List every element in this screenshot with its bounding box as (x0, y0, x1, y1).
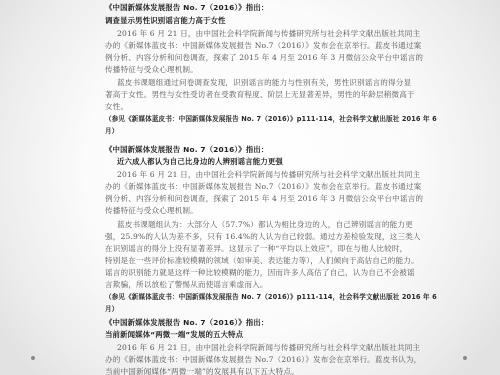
paragraph-line: 著高于女性。男性与女性受访者在受教育程度、阶层上无显著差异，男性的年龄层稍微高于 (105, 90, 415, 100)
paragraph-line: 特别是在一些评价标准较模糊的领域（如审美、表达能力等），人们倾向于高估自己的能力… (105, 256, 419, 266)
paragraph-line: 例分析、内容分析和问卷调查，探索了 2015 年 4 月至 2016 年 3 月… (105, 53, 423, 63)
paragraph-line: 传播特征与受众心理机制。 (105, 206, 198, 216)
paragraph-line: 当前中国新闻媒体“两微一端”的发展具有以下五大特点。 (105, 367, 299, 375)
reference-citation: 月） (105, 304, 118, 314)
block-heading: 《中国新媒体发展报告 No. 7（2016）》指出： (105, 318, 268, 328)
paragraph-line: 2016 年 6 月 21 日，由中国社会科学院新闻与传播研究所与社会科学文献出… (117, 29, 420, 39)
paragraph-line: 蓝皮书课题组认为：大部分人（57.7%）都认为相比身边的人，自己辨别谣言的能力更 (117, 220, 413, 230)
block-subheading: 近六成人都认为自己比身边的人辨别谣言能力更强 (117, 157, 283, 167)
paragraph-line: 办的《新媒体蓝皮书：中国新媒体发展报告 No.7（2016）》发布会在京举行。蓝… (105, 355, 421, 365)
left-dot-marker (31, 356, 35, 360)
paragraph-line: 传播特征与受众心理机制。 (105, 65, 198, 75)
paragraph-line: 2016 年 6 月 21 日，由中国社会科学院新闻与传播研究所与社会科学文献出… (117, 343, 420, 353)
paragraph-line: 例分析、内容分析和问卷调查，探索了 2015 年 4 月至 2016 年 3 月… (105, 194, 423, 204)
paragraph-line: 蓝皮书课题组通过问卷调查发现，识别谣言的能力与性别有关，男性识别谣言的得分显 (117, 78, 411, 88)
paragraph-line: 办的《新媒体蓝皮书：中国新媒体发展报告 No.7（2016）》发布会在京举行。蓝… (105, 182, 421, 192)
reference-citation: （参见《新媒体蓝皮书：中国新媒体发展报告 No. 7（2016）》p111-11… (105, 114, 437, 124)
paragraph-line: 在识别谣言的得分上没有显著差异。这显示了一种“平均以上效应”，即在与他人比较时， (105, 244, 407, 254)
block-heading: 《中国新媒体发展报告 No. 7（2016）》指出： (105, 145, 268, 155)
paragraph-line: 办的《新媒体蓝皮书：中国新媒体发展报告 No.7（2016）》发布会在京举行。蓝… (105, 41, 421, 51)
right-dot-marker (463, 356, 467, 360)
block-subheading: 当前新闻媒体“两微一端”发展的五大特点 (105, 330, 243, 340)
paragraph-line: 2016 年 6 月 21 日，由中国社会科学院新闻与传播研究所与社会科学文献出… (117, 170, 420, 180)
paragraph-line: 女性。 (105, 102, 128, 112)
paragraph-line: 言欺骗，所以放松了警惕从而使谣言乘虚而入。 (105, 280, 268, 290)
reference-citation: （参见《新媒体蓝皮书：中国新媒体发展报告 No. 7（2016）》p111-11… (105, 292, 437, 302)
block-heading: 《中国新媒体发展报告 No. 7（2016）》指出： (105, 3, 268, 13)
paragraph-line: 谣言的识别能力就是这样一种比较模糊的能力，因而许多人高估了自己，认为自己不会被谣 (105, 268, 415, 278)
block-subheading: 调查显示男性识别谣言能力高于女性 (105, 16, 226, 26)
reference-citation: 月） (105, 126, 118, 136)
paragraph-line: 强，25.9%的人认为差不多，只有 16.4%的人认为自己较弱。通过方差检验发现… (105, 232, 421, 242)
